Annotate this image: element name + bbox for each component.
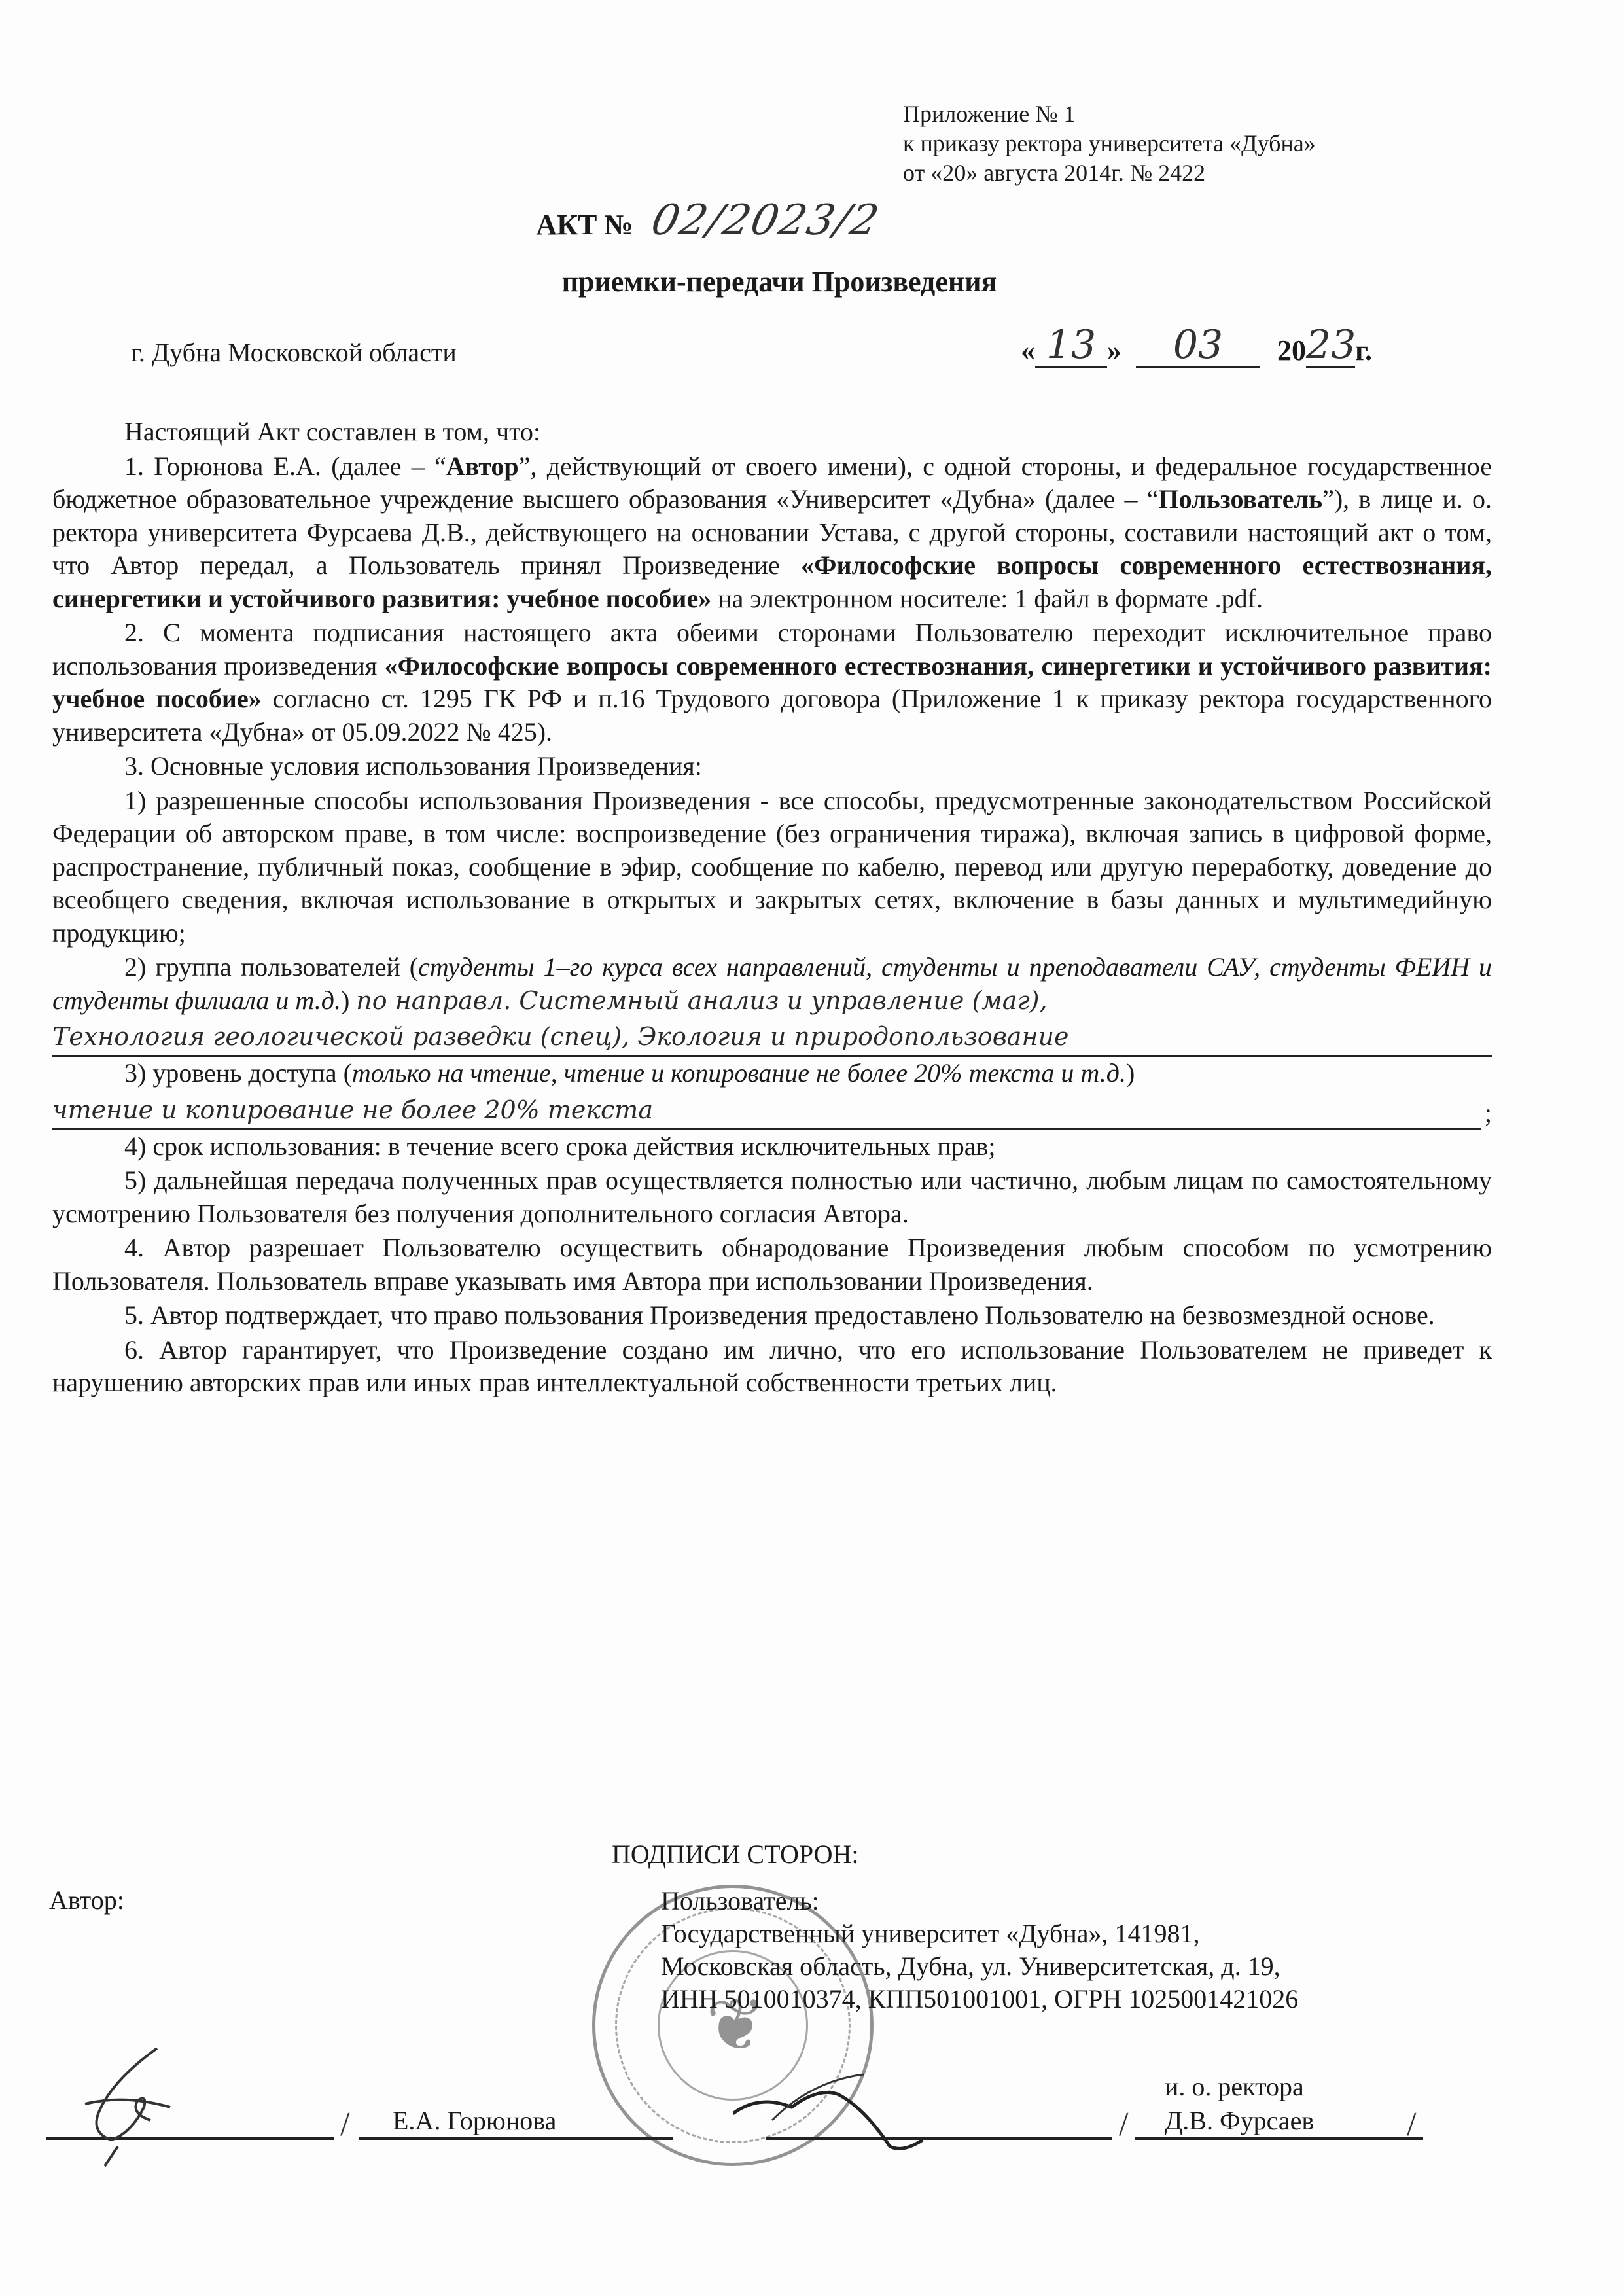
user-address-line-2: Московская область, Дубна, ул. Университ…: [661, 1950, 1298, 1983]
date-month-field: 03: [1136, 324, 1260, 368]
access-level-hint: только на чтение, чтение и копирование н…: [352, 1058, 1126, 1088]
appendix-line-2: к приказу ректора университета «Дубна»: [903, 129, 1316, 158]
access-level-handwritten: чтение и копирование не более 20% текста: [52, 1092, 1481, 1130]
date-day-field: 13: [1035, 324, 1107, 368]
act-label: АКТ №: [536, 209, 633, 241]
user-group-handwritten-2: Технология геологической разведки (спец)…: [52, 1018, 1492, 1057]
access-level-end: ;: [1485, 1097, 1492, 1130]
appendix-reference: Приложение № 1 к приказу ректора универс…: [903, 99, 1316, 188]
date-year-suffix: г.: [1355, 334, 1372, 368]
document-page: Приложение № 1 к приказу ректора универс…: [0, 0, 1624, 2295]
user-details: Пользователь: Государственный университе…: [661, 1885, 1298, 2016]
user-group-handwritten-1: по направл. Системный анализ и управлени…: [356, 986, 1047, 1015]
clause-1-text-d: на электронном носителе: 1 файл в формат…: [711, 584, 1263, 613]
appendix-line-3: от «20» августа 2014г. № 2422: [903, 158, 1316, 188]
clause-6: 6. Автор гарантирует, что Произведение с…: [52, 1334, 1492, 1400]
clause-3-2-text: 2) группа пользователей (: [124, 952, 418, 982]
clause-3-3: 3) уровень доступа (только на чтение, чт…: [52, 1057, 1492, 1090]
date-open-quote: «: [1021, 334, 1035, 368]
act-body: Настоящий Акт составлен в том, что: 1. Г…: [52, 416, 1492, 1401]
city-label: г. Дубна Московской области: [131, 337, 457, 368]
clause-3-3-close: ): [1126, 1058, 1135, 1088]
clause-1-text-a: 1. Горюнова Е.А. (далее – “: [124, 452, 446, 481]
clause-5: 5. Автор подтверждает, что право пользов…: [52, 1299, 1492, 1332]
separator-slash-1: /: [340, 2105, 349, 2144]
author-name: Е.А. Горюнова: [393, 2105, 556, 2136]
clause-2-text-b: согласно ст. 1295 ГК РФ и п.16 Трудового…: [52, 684, 1492, 747]
clause-3-2-close: ): [341, 986, 356, 1015]
access-level-row: чтение и копирование не более 20% текста…: [52, 1092, 1492, 1130]
act-title: АКТ № 02/2023/2: [0, 196, 1519, 245]
clause-3-5: 5) дальнейшая передача полученных прав о…: [52, 1164, 1492, 1230]
date-year-field: 23: [1306, 324, 1355, 368]
act-date: « 13 » 03 20 23 г.: [1021, 324, 1372, 368]
user-label: Пользователь:: [661, 1885, 1298, 1917]
author-label: Автор:: [49, 1885, 124, 1915]
rector-name: Д.В. Фурсаев: [1165, 2105, 1314, 2136]
clause-3-3-text: 3) уровень доступа (: [124, 1058, 352, 1088]
act-number-handwritten: 02/2023/2: [647, 196, 884, 245]
rector-signature: [733, 2068, 1073, 2153]
appendix-line-1: Приложение № 1: [903, 99, 1316, 129]
clause-4: 4. Автор разрешает Пользователю осуществ…: [52, 1232, 1492, 1298]
clause-3-2: 2) группа пользователей (студенты 1–го к…: [52, 951, 1492, 1017]
signatures-heading: ПОДПИСИ СТОРОН:: [612, 1839, 859, 1870]
user-term: Пользователь: [1158, 484, 1322, 514]
act-subtitle: приемки-передачи Произведения: [0, 265, 1591, 298]
signature-row: / Е.А. Горюнова / Д.В. Фурсаев /: [46, 2101, 1420, 2140]
author-term: Автор: [446, 452, 519, 481]
user-address-line-1: Государственный университет «Дубна», 141…: [661, 1917, 1298, 1950]
clause-2: 2. С момента подписания настоящего акта …: [52, 616, 1492, 749]
rector-title: и. о. ректора: [1165, 2071, 1304, 2102]
clause-3-1: 1) разрешенные способы использования Про…: [52, 785, 1492, 950]
clause-3: 3. Основные условия использования Произв…: [52, 750, 1492, 783]
date-year-prefix: 20: [1277, 334, 1306, 368]
date-close-quote: »: [1107, 334, 1121, 368]
clause-3-4: 4) срок использования: в течение всего с…: [52, 1130, 1492, 1164]
author-signature: [72, 2042, 216, 2173]
clause-1: 1. Горюнова Е.А. (далее – “Автор”, дейст…: [52, 450, 1492, 616]
user-requisites: ИНН 5010010374, КПП501001001, ОГРН 10250…: [661, 1983, 1298, 2016]
separator-slash-2: /: [1119, 2105, 1128, 2144]
intro-paragraph: Настоящий Акт составлен в том, что:: [52, 416, 1492, 449]
separator-slash-3: /: [1407, 2105, 1416, 2144]
